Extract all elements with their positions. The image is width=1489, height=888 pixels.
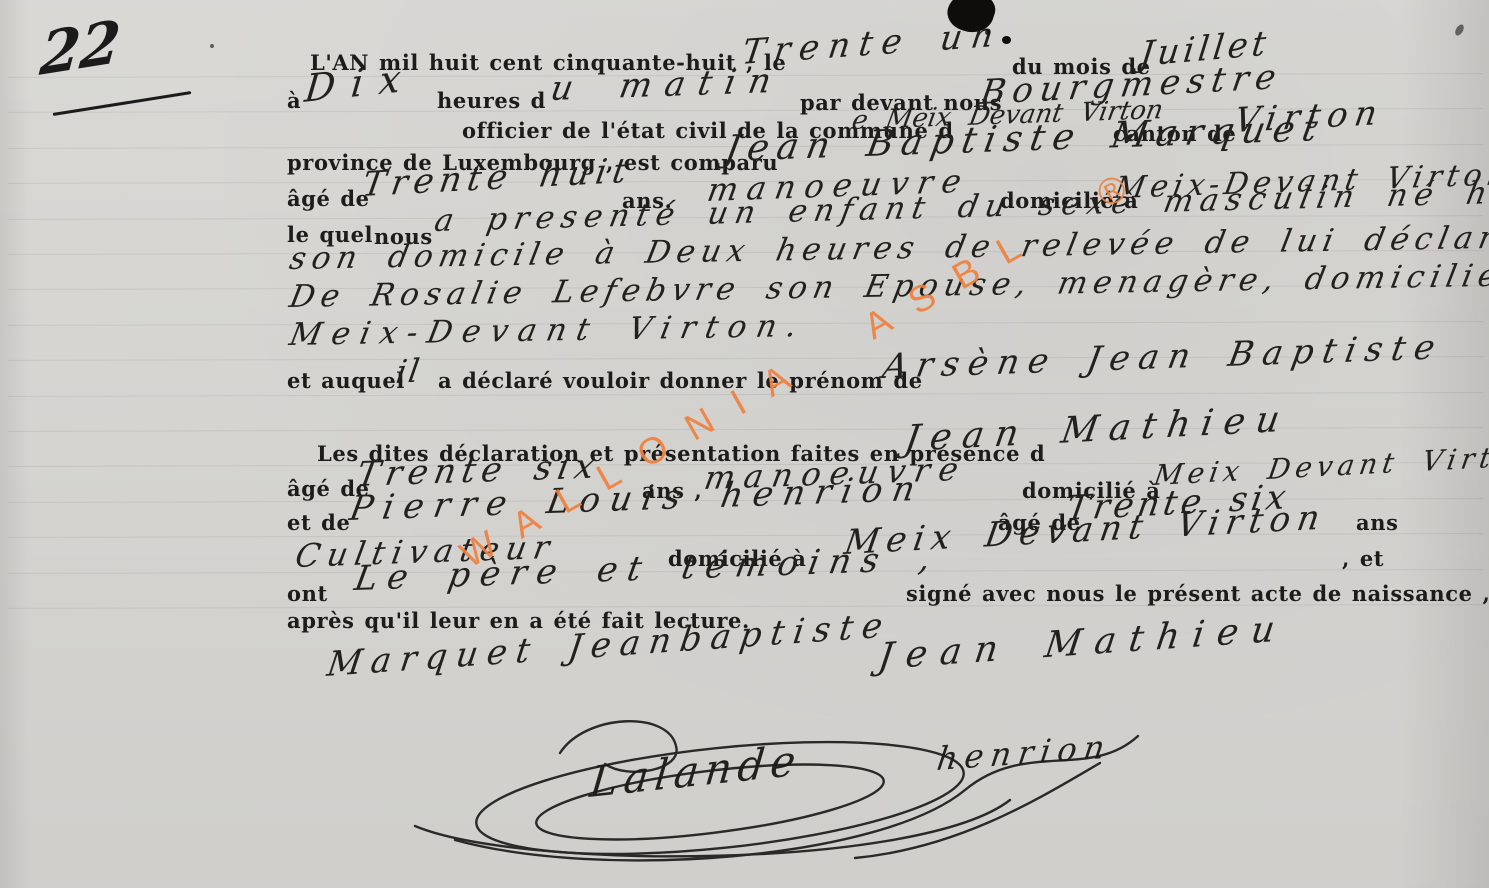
ink-blot — [1002, 36, 1011, 44]
handwritten-entry: Arsène Jean Baptiste — [880, 330, 1446, 384]
signature: Jean Mathieu — [876, 611, 1290, 676]
handwritten-entry: il — [394, 354, 424, 388]
signature-flourish — [400, 708, 1160, 883]
printed-form-text: signé avec nous le présent acte de naiss… — [906, 583, 1489, 604]
handwritten-entry: u matin — [548, 64, 787, 106]
handwritten-entry: Meix-Devant Virton. — [287, 311, 809, 351]
handwritten-entry: Dix — [303, 58, 419, 108]
ink-speck — [1453, 23, 1465, 37]
printed-form-text: ans — [1356, 512, 1399, 533]
printed-form-text: à — [287, 90, 301, 111]
printed-form-text: et auquel — [287, 370, 405, 391]
printed-form-text: et de — [287, 512, 350, 533]
scanned-birth-record-page: 22 L'AN mil huit cent cinquante-huit , l… — [0, 0, 1489, 888]
printed-form-text: âgé de — [287, 188, 370, 209]
printed-form-text: a déclaré vouloir donner le prénom de — [438, 370, 923, 391]
margin-annotation: 22 — [37, 7, 123, 89]
ink-blot — [985, 30, 990, 35]
printed-form-text: ont — [287, 583, 328, 604]
ink-speck — [210, 44, 214, 48]
printed-form-text: , et — [1342, 548, 1384, 569]
printed-form-text: heures d — [437, 90, 546, 111]
